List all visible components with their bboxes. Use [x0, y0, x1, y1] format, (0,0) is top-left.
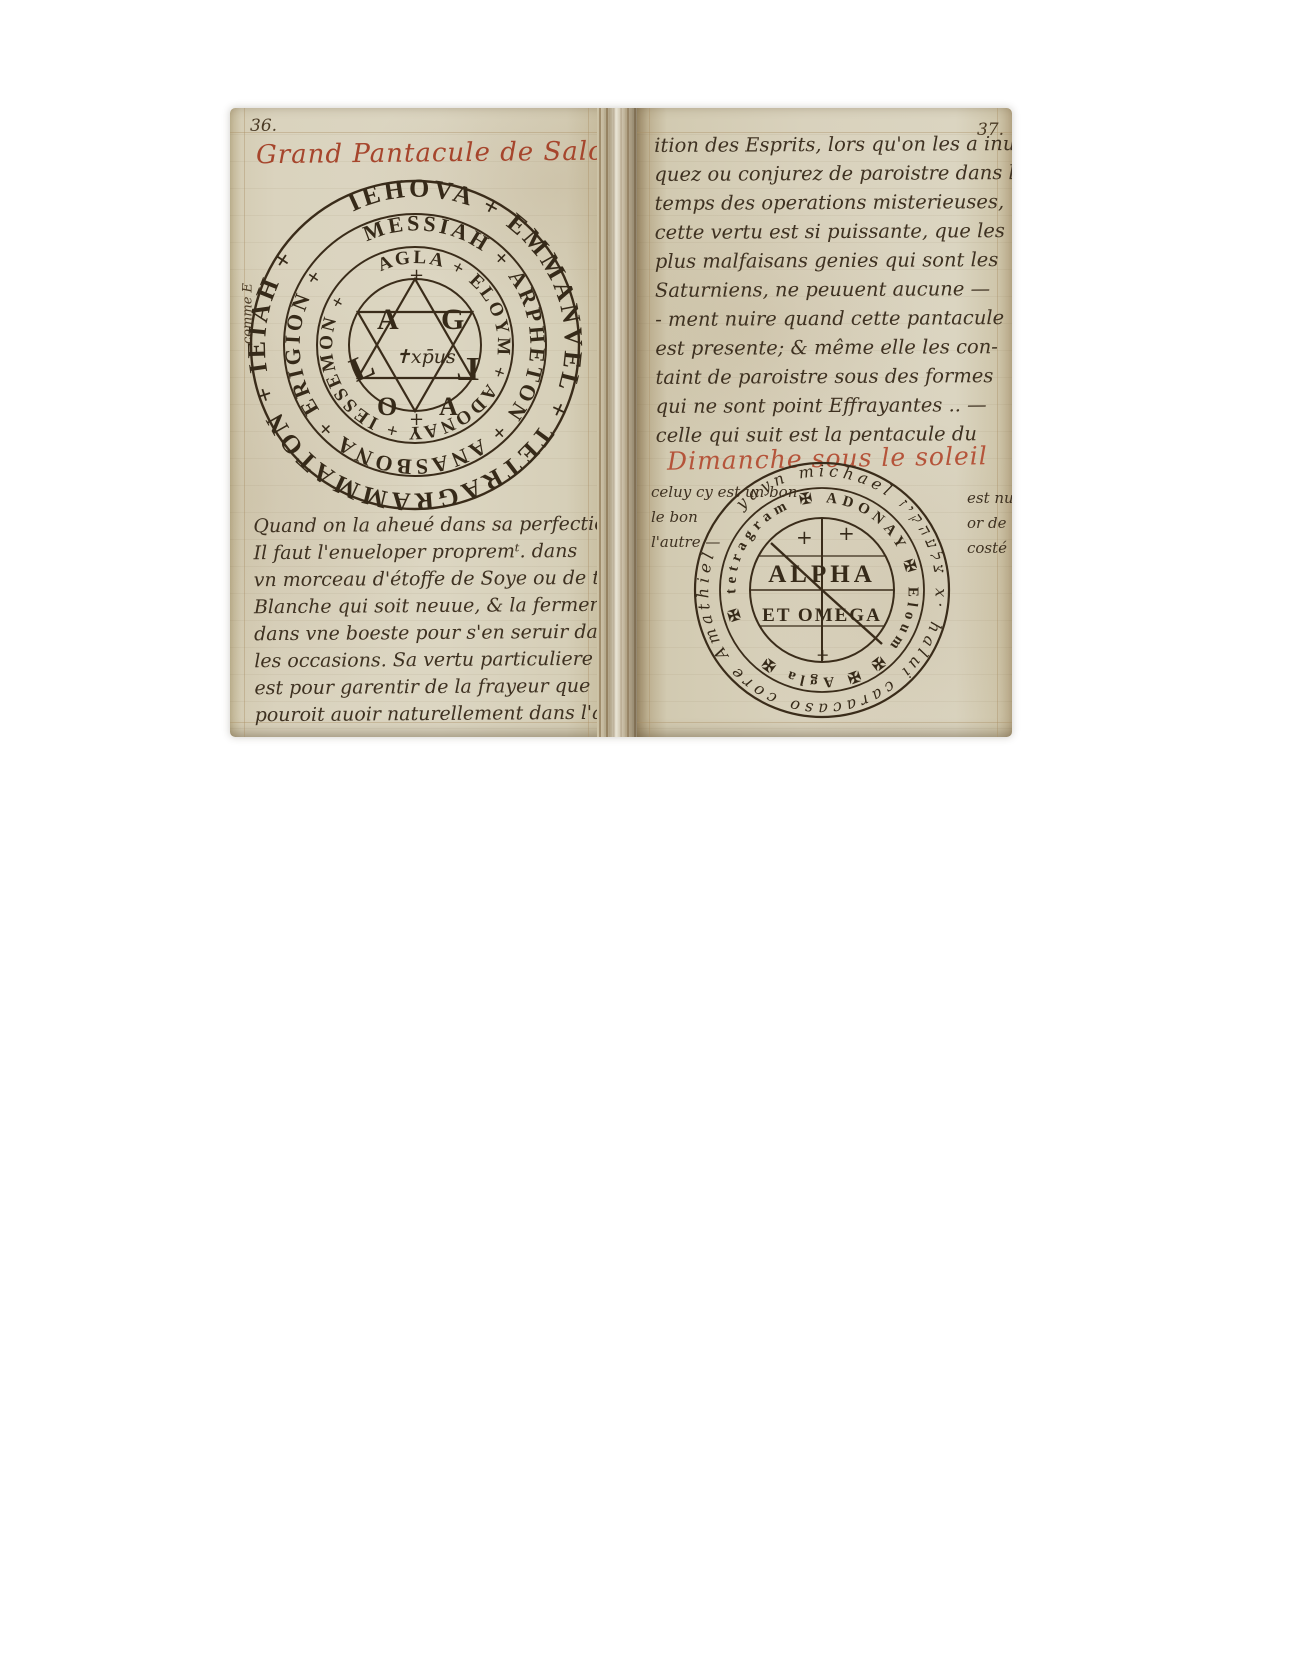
hexagram-letter-l-right: L — [456, 351, 479, 388]
text-line: vn morceau d'étoffe de Soye ou de toille — [254, 565, 604, 594]
right-page: 37. ition des Esprits, lors qu'on les a … — [637, 108, 1012, 737]
text-line: taint de paroistre sous des formes — [655, 361, 1007, 392]
text-line: Blanche qui soit neuue, & la fermer — [254, 592, 604, 621]
hexagram-center-text: ✝xp̄us — [395, 346, 456, 368]
text-line: - ment nuire quand cette pantacule — [655, 303, 1007, 334]
hexagram-letter-g: G — [441, 303, 464, 336]
pentacle-left-diagram: IEHOVA + EMMANVEL + TETRAGRAMMATON + IEI… — [247, 177, 583, 513]
top-cross-right: + — [838, 521, 855, 545]
text-line: pouroit auoir naturellement dans l'apa- — [255, 700, 605, 729]
text-line: Saturniens, ne peuuent aucune — — [655, 274, 1007, 305]
hexagram-letter-a1: A — [377, 303, 399, 336]
text-line: est presente; & même elle les con- — [655, 332, 1007, 363]
page-number-left: 36. — [250, 116, 277, 136]
top-cross-left: + — [796, 525, 813, 549]
margin-rule — [649, 108, 650, 737]
pentacle-circle — [349, 279, 481, 411]
text-line: les occasions. Sa vertu particuliere — [254, 646, 604, 675]
hexagram-letter-o: O — [377, 392, 397, 421]
hexagram-bottom-cross: + — [409, 409, 424, 430]
page-title: Grand Pantacule de Salomon. — [256, 136, 612, 170]
hexagram-top-cross: + — [409, 265, 424, 286]
manuscript-scan: 36. Grand Pantacule de Salomon. comme E — [0, 0, 1301, 1672]
center-bottom-word: ET OMEGA — [762, 605, 882, 626]
left-page: 36. Grand Pantacule de Salomon. comme E — [230, 108, 612, 737]
center-top-word: ALPHA — [768, 561, 876, 588]
text-line: est pour garentir de la frayeur que l'on — [254, 673, 604, 702]
pentacle-right-diagram: yayn michael צלעהקיז x· halui caracaso c… — [692, 460, 952, 720]
hexagram-letter-l-left: L — [344, 347, 380, 390]
text-line: ition des Esprits, lors qu'on les a inuo… — [654, 129, 1006, 160]
text-line: temps des operations misterieuses, — [654, 187, 1006, 218]
text-line: Il faut l'enueloper propremᵗ. dans — [253, 538, 603, 567]
text-line: quez ou conjurez de paroistre dans le — [654, 158, 1006, 189]
margin-rule — [244, 108, 245, 737]
left-paragraph: Quand on la aheué dans sa perfection,Il … — [253, 511, 604, 729]
text-line: dans vne boeste pour s'en seruir dans — [254, 619, 604, 648]
text-line: or de — [967, 511, 1011, 536]
right-text-block: ition des Esprits, lors qu'on les a inuo… — [654, 129, 1008, 450]
text-line: costé — [967, 536, 1011, 561]
margin-rule — [637, 722, 1012, 723]
text-line: plus malfaisans genies qui sont les — [655, 245, 1007, 276]
margin-note-right: est nulor decosté — [967, 486, 1011, 561]
text-line: est nul — [967, 486, 1011, 511]
text-line: Quand on la aheué dans sa perfection, — [253, 511, 603, 540]
text-line: qui ne sont point Effrayantes .. — — [656, 390, 1008, 421]
hexagram-letter-a2: A — [439, 392, 458, 421]
text-line: cette vertu est si puissante, que les — [655, 216, 1007, 247]
book-gutter — [597, 108, 637, 737]
margin-rule — [230, 132, 612, 133]
book-spread: 36. Grand Pantacule de Salomon. comme E — [230, 108, 1012, 737]
bottom-cross: + — [816, 645, 829, 664]
